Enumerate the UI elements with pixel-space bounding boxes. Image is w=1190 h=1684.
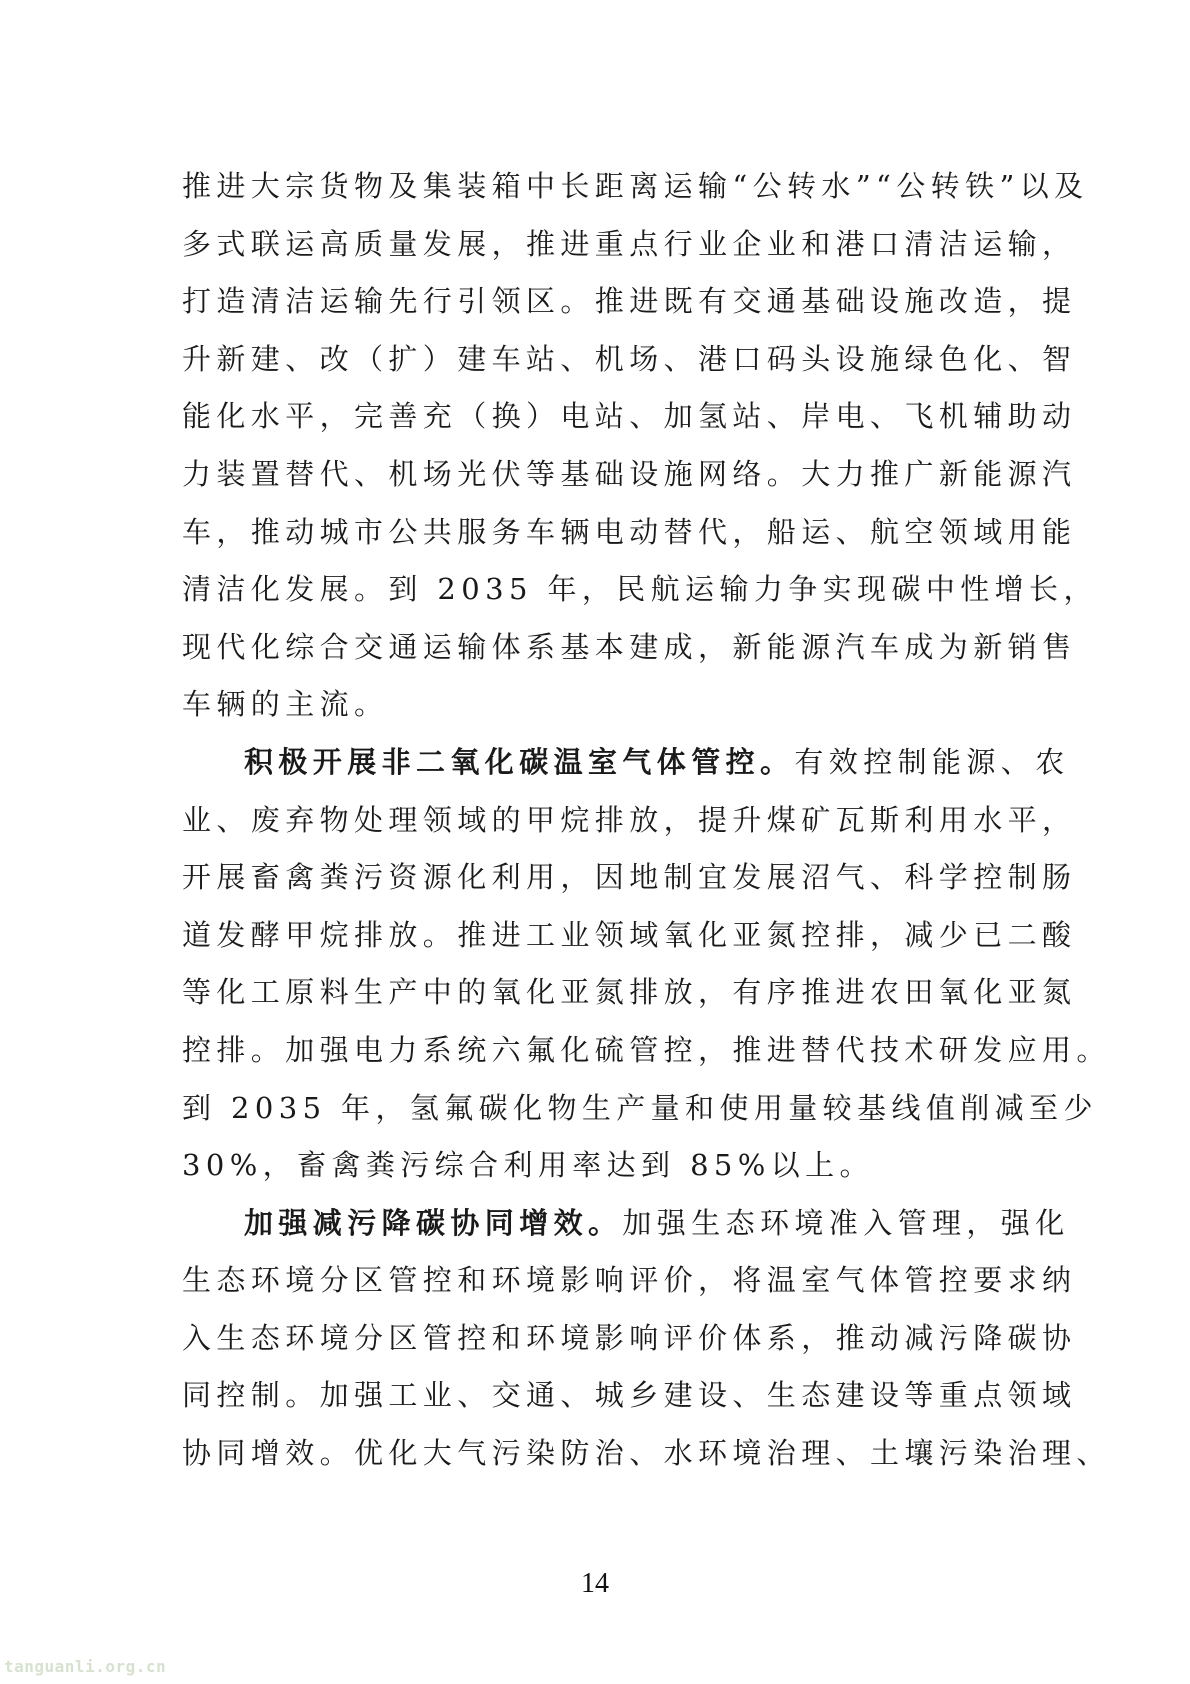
page-number: 14: [0, 1568, 1190, 1600]
text-line: 车辆的主流。: [182, 676, 1012, 734]
text-line: 生态环境分区管控和环境影响评价，将温室气体管控要求纳: [182, 1252, 1012, 1310]
text-line: 道发酵甲烷排放。推进工业领域氧化亚氮控排，减少已二酸: [182, 907, 1012, 965]
paragraph-heading: 积极开展非二氧化碳温室气体管控。: [244, 745, 794, 779]
text-line: 能化水平，完善充（换）电站、加氢站、岸电、飞机辅助动: [182, 388, 1012, 446]
text-line: 等化工原料生产中的氧化亚氮排放，有序推进农田氧化亚氮: [182, 964, 1012, 1022]
body-text: 推进大宗货物及集装箱中长距离运输“公转水”“公转铁”以及 多式联运高质量发展，推…: [182, 158, 1012, 1483]
text-line: 控排。加强电力系统六氟化硫管控，推进替代技术研发应用。: [182, 1022, 1012, 1080]
text-line: 升新建、改（扩）建车站、机场、港口码头设施绿色化、智: [182, 331, 1012, 389]
text-line: 现代化综合交通运输体系基本建成，新能源汽车成为新销售: [182, 619, 1012, 677]
text-line: 清洁化发展。到 2035 年，民航运输力争实现碳中性增长，: [182, 561, 1012, 619]
paragraph-first-line: 积极开展非二氧化碳温室气体管控。有效控制能源、农: [182, 734, 1012, 792]
text-line: 多式联运高质量发展，推进重点行业企业和港口清洁运输，: [182, 216, 1012, 274]
text-line: 30%，畜禽粪污综合利用率达到 85%以上。: [182, 1137, 1012, 1195]
text-line: 车，推动城市公共服务车辆电动替代，船运、航空领域用能: [182, 504, 1012, 562]
text-line: 协同增效。优化大气污染防治、水环境治理、土壤污染治理、: [182, 1425, 1012, 1483]
text-line: 同控制。加强工业、交通、城乡建设、生态建设等重点领域: [182, 1367, 1012, 1425]
paragraph-first-line: 加强减污降碳协同增效。加强生态环境准入管理，强化: [182, 1195, 1012, 1253]
text-line: 力装置替代、机场光伏等基础设施网络。大力推广新能源汽: [182, 446, 1012, 504]
text-line: 入生态环境分区管控和环境影响评价体系，推动减污降碳协: [182, 1310, 1012, 1368]
paragraph-heading: 加强减污降碳协同增效。: [244, 1206, 622, 1240]
text-span: 有效控制能源、农: [794, 745, 1069, 779]
text-line: 开展畜禽粪污资源化利用，因地制宜发展沼气、科学控制肠: [182, 849, 1012, 907]
text-line: 到 2035 年，氢氟碳化物生产量和使用量较基线值削减至少: [182, 1080, 1012, 1138]
text-line: 业、废弃物处理领域的甲烷排放，提升煤矿瓦斯利用水平，: [182, 792, 1012, 850]
text-line: 推进大宗货物及集装箱中长距离运输“公转水”“公转铁”以及: [182, 158, 1012, 216]
text-line: 打造清洁运输先行引领区。推进既有交通基础设施改造，提: [182, 273, 1012, 331]
text-span: 加强生态环境准入管理，强化: [622, 1206, 1069, 1240]
document-page: 推进大宗货物及集装箱中长距离运输“公转水”“公转铁”以及 多式联运高质量发展，推…: [0, 0, 1190, 1684]
watermark: tanguanli.org.cn: [4, 1657, 166, 1676]
